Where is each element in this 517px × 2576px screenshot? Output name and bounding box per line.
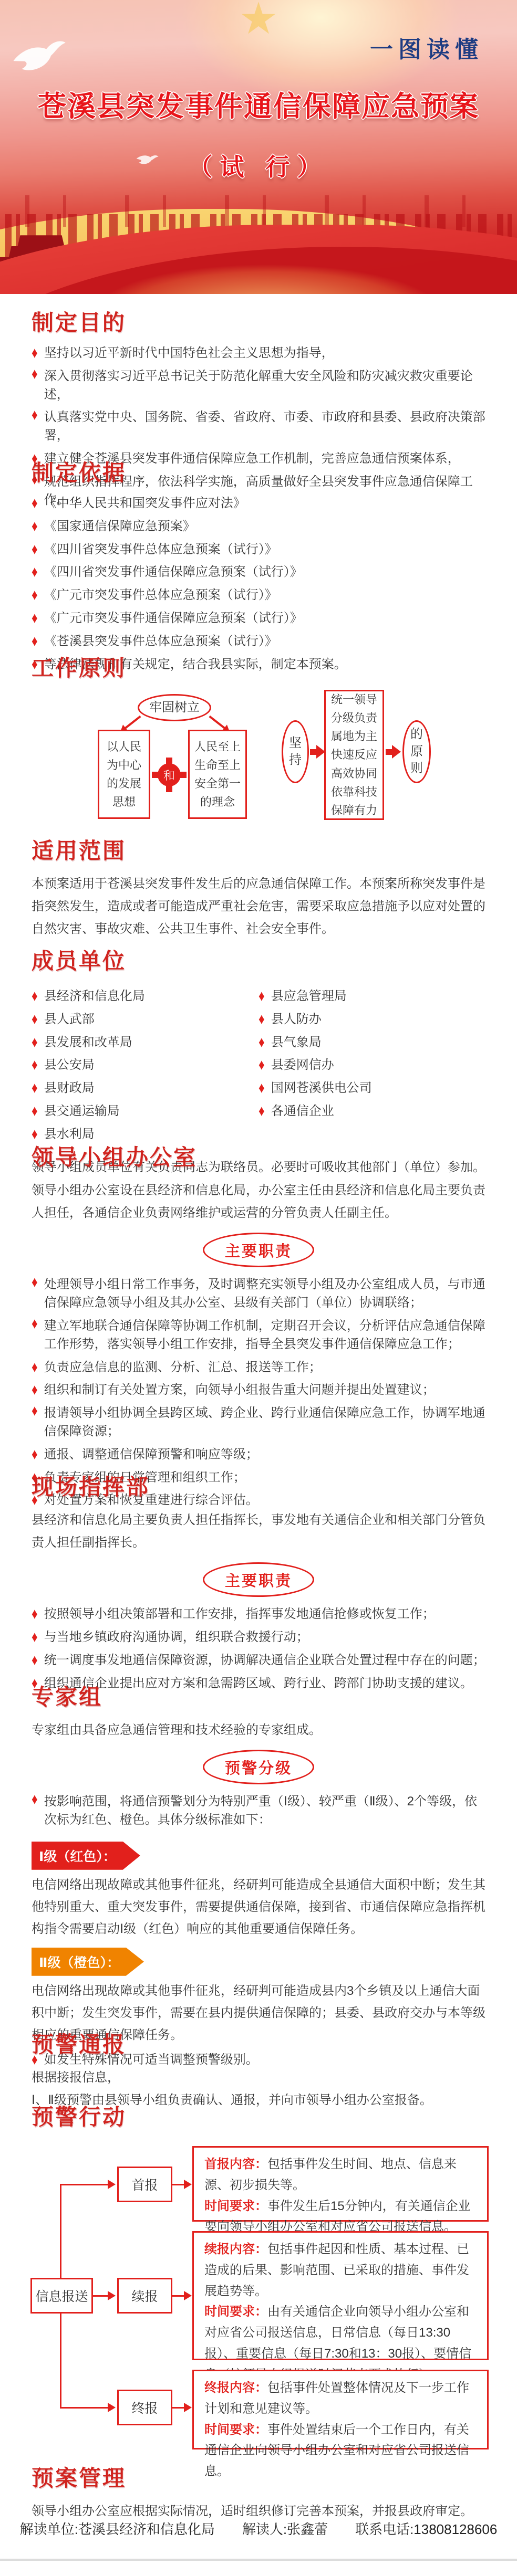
level-tag: Ⅰ级（红色）： xyxy=(32,1842,140,1870)
main-duties-badge: 主要职责 xyxy=(203,1562,314,1597)
diamond-bullet-icon: ♦ xyxy=(32,538,38,561)
diagram-box-principle-items: 统一领导 分级负责 属地为主 快速反应 高效协同 依靠科技 保障有力 xyxy=(324,690,384,820)
diamond-bullet-icon: ♦ xyxy=(32,1008,38,1031)
member-item: ♦县公安局 xyxy=(32,1056,258,1075)
content-label: 续报内容： xyxy=(204,2242,267,2256)
diamond-bullet-icon: ♦ xyxy=(258,1054,265,1077)
member-name: 县委网信办 xyxy=(271,1056,334,1075)
diamond-bullet-icon: ♦ xyxy=(32,363,38,408)
main-duties-badge: 主要职责 xyxy=(203,1233,314,1267)
diamond-bullet-icon: ♦ xyxy=(32,584,38,607)
diagram-box-people-centered: 以人民 为中心 的发展 思想 xyxy=(98,730,150,819)
member-name: 县经济和信息化局 xyxy=(44,987,145,1006)
continued-report-box: 续报 xyxy=(117,2278,172,2314)
bullet-list: ♦《中华人民共和国突发事件应对法》 ♦《国家通信保障应急预案》 ♦《四川省突发事… xyxy=(32,495,485,674)
section-management: 预案管理 领导小组办公室应根据实际情况，适时组织修订完善本预案，并报县政府审定。 xyxy=(32,2461,485,2522)
experts-paragraph: 专家组由具备应急通信管理和技术经验的专家组成。 xyxy=(32,1719,485,1741)
time-label: 时间要求： xyxy=(204,2305,267,2319)
bullet-text: 《广元市突发事件通信保障应急预案（试行）》 xyxy=(44,609,303,628)
bullet-item: ♦认真落实党中央、国务院、省委、省政府、市委、市政府和县委、县政府决策部署， xyxy=(32,408,485,445)
member-item: ♦县委网信办 xyxy=(258,1056,485,1075)
diamond-bullet-icon: ♦ xyxy=(32,1788,38,1834)
level-tag: Ⅱ级（橙色）： xyxy=(32,1948,144,1976)
bullet-text: 《中华人民共和国突发事件应对法》 xyxy=(44,495,246,513)
member-item: ♦县财政局 xyxy=(32,1079,258,1098)
duty-item: ♦与当地乡镇政府沟通协调，组织联合救援行动； xyxy=(32,1628,485,1647)
connector-line xyxy=(172,2407,185,2409)
diamond-bullet-icon: ♦ xyxy=(32,1054,38,1077)
diamond-bullet-icon: ♦ xyxy=(32,1626,38,1649)
member-name: 县气象局 xyxy=(271,1034,322,1052)
diamond-bullet-icon: ♦ xyxy=(32,492,38,515)
bullet-item: ♦《广元市突发事件总体应急预案（试行）》 xyxy=(32,586,485,605)
connector-line xyxy=(172,2184,185,2185)
section-title: 预警通报 xyxy=(32,2027,485,2059)
dove-icon xyxy=(9,37,71,81)
diamond-bullet-icon: ♦ xyxy=(32,515,38,538)
warning-grading-badge: 预警分级 xyxy=(203,1750,314,1784)
time-label: 时间要求： xyxy=(204,2423,267,2437)
connector-line xyxy=(172,2295,185,2297)
principles-diagram: 牢固树立 以人民 为中心 的发展 思想 和 人民至上 生命至上 安全第一 的理念… xyxy=(32,690,485,826)
section-title: 领导小组办公室 xyxy=(32,1140,485,1172)
poster-subtitle: （试 行） xyxy=(0,148,517,183)
diagram-ellipse-establish: 牢固树立 xyxy=(138,694,211,721)
diamond-bullet-icon: ♦ xyxy=(32,1603,38,1626)
diamond-bullet-icon: ♦ xyxy=(32,1443,38,1466)
diamond-bullet-icon: ♦ xyxy=(258,1100,265,1123)
duty-item: ♦报请领导小组协调全县跨区域、跨企业、跨行业通信保障应急工作，协调军地通信保障资… xyxy=(32,1404,485,1441)
footer-credit: 解读单位:苍溪县经济和信息化局 解读人:张鑫蕾 联系电话:13808128606 xyxy=(0,2519,517,2538)
diagram-ellipse-the-principle: 的 原 则 xyxy=(402,720,431,783)
arrow-down-right-icon xyxy=(209,716,228,731)
connector-line xyxy=(60,2407,108,2409)
diamond-bullet-icon: ♦ xyxy=(32,342,38,365)
members-grid: ♦县经济和信息化局 ♦县人武部 ♦县发展和改革局 ♦县公安局 ♦县财政局 ♦县交… xyxy=(32,983,485,1149)
duty-text: 报请领导小组协调全县跨区域、跨企业、跨行业通信保障应急工作，协调军地通信保障资源… xyxy=(44,1404,485,1441)
content-label: 终报内容： xyxy=(204,2381,267,2395)
scope-paragraph: 本预案适用于苍溪县突发事件发生后的应急通信保障工作。本预案所称突发事件是指突然发… xyxy=(32,872,485,941)
diamond-bullet-icon: ♦ xyxy=(32,1400,38,1445)
member-name: 县发展和改革局 xyxy=(44,1034,132,1052)
diamond-bullet-icon: ♦ xyxy=(32,1649,38,1672)
section-principles: 工作原则 牢固树立 以人民 为中心 的发展 思想 和 人民至上 生命至上 安全第… xyxy=(32,651,485,826)
section-notify: 预警通报 根据接报信息， Ⅰ、Ⅱ级预警由县领导小组负责确认、通报，并向市领导小组… xyxy=(32,2027,485,2111)
duty-item: ♦处理领导小组日常工作事务，及时调整充实领导小组及办公室组成人员，与市通信保障应… xyxy=(32,1276,485,1312)
read-in-one-image-badge: 一图读懂 xyxy=(370,30,483,64)
content-label: 首报内容： xyxy=(204,2157,267,2171)
grading-level: Ⅰ级（红色）： 电信网络出现故障或其他事件征兆，经研判可能造成全县通信大面积中断… xyxy=(32,1834,485,1940)
poster-title: 苍溪县突发事件通信保障应急预案 xyxy=(0,84,517,124)
bullet-text: 《苍溪县突发事件总体应急预案（试行）》 xyxy=(44,633,277,651)
bullet-item: ♦《国家通信保障应急预案》 xyxy=(32,518,485,536)
duty-text: 与当地乡镇政府沟通协调，组织联合救援行动； xyxy=(44,1628,309,1647)
diamond-bullet-icon: ♦ xyxy=(32,1031,38,1054)
section-action: 预警行动 信息报送 首报 续报 终报 首报内容：包括事件发生时间、地点、信 xyxy=(0,2100,517,2454)
time-label: 时间要求： xyxy=(204,2199,267,2213)
member-item: ♦各通信企业 xyxy=(258,1102,485,1121)
diamond-bullet-icon: ♦ xyxy=(32,1077,38,1100)
first-report-box: 首报 xyxy=(117,2167,172,2202)
member-name: 县人防办 xyxy=(271,1011,322,1029)
grading-levels: Ⅰ级（红色）： 电信网络出现故障或其他事件征兆，经研判可能造成全县通信大面积中断… xyxy=(32,1834,485,2046)
diamond-bullet-icon: ♦ xyxy=(32,630,38,653)
notify-line: 根据接报信息， xyxy=(32,2066,485,2089)
diamond-bullet-icon: ♦ xyxy=(32,404,38,450)
duty-text: 建立军地联合通信保障等协调工作机制，定期召开会议，分析评估应急通信保障工作形势，… xyxy=(44,1317,485,1354)
member-name: 县应急管理局 xyxy=(271,987,347,1006)
duty-text: 组织和制订有关处置方案，向领导小组报告重大问题并提出处置建议； xyxy=(44,1381,435,1400)
continued-report-detail: 续报内容：包括事件起因和性质、基本过程、已造成的后果、影响范围、已采取的措施、事… xyxy=(192,2231,489,2360)
connector-line xyxy=(60,2184,108,2185)
duty-text: 统一调度事发地通信保障资源，协调解决通信企业联合处置过程中存在的问题； xyxy=(44,1652,485,1670)
member-item: ♦县人武部 xyxy=(32,1011,258,1029)
diamond-bullet-icon: ♦ xyxy=(32,1312,38,1358)
final-report-detail: 终报内容：包括事件处置整体情况及下一步工作计划和意见建议等。 时间要求：事件处置… xyxy=(192,2370,489,2449)
bullet-item: ♦深入贯彻落实习近平总书记关于防范化解重大安全风险和防灾减灾救灾重要论述， xyxy=(32,367,485,404)
members-left-column: ♦县经济和信息化局 ♦县人武部 ♦县发展和改革局 ♦县公安局 ♦县财政局 ♦县交… xyxy=(32,983,258,1149)
member-name: 各通信企业 xyxy=(271,1102,334,1121)
duty-text: 负责应急信息的监测、分析、汇总、报送等工作； xyxy=(44,1359,322,1377)
member-item: ♦县气象局 xyxy=(258,1034,485,1052)
bullet-item: ♦《苍溪县突发事件总体应急预案（试行）》 xyxy=(32,633,485,651)
info-reporting-box: 信息报送 xyxy=(30,2278,93,2314)
member-item: ♦县发展和改革局 xyxy=(32,1034,258,1052)
star-icon: ★ xyxy=(239,0,278,44)
connector-line xyxy=(93,2295,109,2297)
section-scope: 适用范围 本预案适用于苍溪县突发事件发生后的应急通信保障工作。本预案所称突发事件… xyxy=(32,834,485,941)
section-experts: 专家组 专家组由具备应急通信管理和技术经验的专家组成。 预警分级 ♦按影响范围，… xyxy=(32,1680,485,2074)
grading-intro-bullet: ♦按影响范围，将通信预警划分为特别严重（Ⅰ级）、较严重（Ⅱ级）、2个等级，依次标… xyxy=(32,1793,485,1830)
bullet-item: ♦《四川省突发事件总体应急预案（试行）》 xyxy=(32,541,485,559)
diamond-bullet-icon: ♦ xyxy=(32,1379,38,1402)
bullet-item: ♦坚持以习近平新时代中国特色社会主义思想为指导， xyxy=(32,344,485,363)
duty-text: 按照领导小组决策部署和工作安排，指挥事发地通信抢修或恢复工作； xyxy=(44,1605,435,1624)
section-basis: 制定依据 ♦《中华人民共和国突发事件应对法》 ♦《国家通信保障应急预案》 ♦《四… xyxy=(32,456,485,678)
diamond-bullet-icon: ♦ xyxy=(258,1008,265,1031)
first-report-detail: 首报内容：包括事件发生时间、地点、信息来源、初步损失等。 时间要求：事件发生后1… xyxy=(192,2146,489,2222)
bullet-text: 深入贯彻落实习近平总书记关于防范化解重大安全风险和防灾减灾救灾重要论述， xyxy=(44,367,485,404)
diagram-ellipse-uphold: 坚 持 xyxy=(282,720,309,783)
bullet-text: 认真落实党中央、国务院、省委、省政府、市委、市政府和县委、县政府决策部署， xyxy=(44,408,485,445)
bullet-item: ♦《中华人民共和国突发事件应对法》 xyxy=(32,495,485,513)
member-item: ♦国网苍溪供电公司 xyxy=(258,1079,485,1098)
member-name: 县交通运输局 xyxy=(44,1102,120,1121)
command-paragraph: 县经济和信息化局主要负责人担任指挥长，事发地有关通信企业和相关部门分管负责人担任… xyxy=(32,1509,485,1554)
member-name: 县财政局 xyxy=(44,1079,95,1098)
office-paragraph: 领导小组办公室设在县经济和信息化局，办公室主任由县经济和信息化局主要负责人担任，… xyxy=(32,1179,485,1224)
member-name: 县公安局 xyxy=(44,1056,95,1075)
bottom-divider xyxy=(0,2559,517,2561)
bullet-item: ♦《四川省突发事件通信保障应急预案（试行）》 xyxy=(32,563,485,582)
member-name: 国网苍溪供电公司 xyxy=(271,1079,372,1098)
header-banner: ★ 一图读懂 苍溪县突发事件通信保障应急预案 （试 行） xyxy=(0,0,517,294)
section-title: 专家组 xyxy=(32,1680,485,1711)
bullet-text: 《广元市突发事件总体应急预案（试行）》 xyxy=(44,586,277,605)
duty-text: 通报、调整通信保障预警和响应等级； xyxy=(44,1446,258,1464)
bullet-text: 《四川省突发事件总体应急预案（试行）》 xyxy=(44,541,277,559)
duty-item: ♦建立军地联合通信保障等协调工作机制，定期召开会议，分析评估应急通信保障工作形势… xyxy=(32,1317,485,1354)
member-name: 县人武部 xyxy=(44,1011,95,1029)
diamond-bullet-icon: ♦ xyxy=(32,561,38,584)
section-title: 预案管理 xyxy=(32,2461,485,2493)
diamond-bullet-icon: ♦ xyxy=(258,1031,265,1054)
section-title: 制定目的 xyxy=(32,306,485,337)
diamond-bullet-icon: ♦ xyxy=(32,607,38,630)
final-report-box: 终报 xyxy=(117,2390,172,2425)
poster-page: ★ 一图读懂 苍溪县突发事件通信保障应急预案 （试 行） 制定目的 ♦坚持以习近… xyxy=(0,0,517,2576)
section-title: 成员单位 xyxy=(32,944,485,975)
section-title: 制定依据 xyxy=(32,456,485,487)
section-title: 预警行动 xyxy=(32,2100,517,2131)
arrow-down-left-icon xyxy=(121,716,141,731)
diamond-bullet-icon: ♦ xyxy=(32,1356,38,1379)
duty-item: ♦通报、调整通信保障预警和响应等级； xyxy=(32,1446,485,1464)
duty-text: 处理领导小组日常工作事务，及时调整充实领导小组及办公室组成人员，与市通信保障应急… xyxy=(44,1276,485,1312)
section-title: 适用范围 xyxy=(32,834,485,865)
bullet-text: 《四川省突发事件通信保障应急预案（试行）》 xyxy=(44,563,303,582)
duty-item: ♦统一调度事发地通信保障资源，协调解决通信企业联合处置过程中存在的问题； xyxy=(32,1652,485,1670)
grading-intro-text: 按影响范围，将通信预警划分为特别严重（Ⅰ级）、较严重（Ⅱ级）、2个等级，依次标为… xyxy=(44,1793,485,1830)
diamond-bullet-icon: ♦ xyxy=(258,985,265,1008)
duty-item: ♦按照领导小组决策部署和工作安排，指挥事发地通信抢修或恢复工作； xyxy=(32,1605,485,1624)
section-title: 工作原则 xyxy=(32,651,485,682)
diamond-bullet-icon: ♦ xyxy=(32,985,38,1008)
members-right-column: ♦县应急管理局 ♦县人防办 ♦县气象局 ♦县委网信办 ♦国网苍溪供电公司 ♦各通… xyxy=(258,983,485,1149)
reporting-flow-diagram: 信息报送 首报 续报 终报 首报内容：包括事件发生时间、地点、信息来源、初步损失… xyxy=(0,2139,517,2454)
bullet-item: ♦《广元市突发事件通信保障应急预案（试行）》 xyxy=(32,609,485,628)
member-item: ♦县人防办 xyxy=(258,1011,485,1029)
level-description: 电信网络出现故障或其他事件征兆，经研判可能造成全县通信大面积中断；发生其他特别重… xyxy=(32,1874,485,1940)
member-item: ♦县经济和信息化局 xyxy=(32,987,258,1006)
duty-item: ♦负责应急信息的监测、分析、汇总、报送等工作； xyxy=(32,1359,485,1377)
section-title: 现场指挥部 xyxy=(32,1470,485,1501)
and-connector: 和 xyxy=(158,763,181,786)
duty-item: ♦组织和制订有关处置方案，向领导小组报告重大问题并提出处置建议； xyxy=(32,1381,485,1400)
diagram-box-life-first: 人民至上 生命至上 安全第一 的理念 xyxy=(188,730,247,819)
diamond-bullet-icon: ♦ xyxy=(258,1077,265,1100)
diamond-bullet-icon: ♦ xyxy=(32,1271,38,1317)
member-item: ♦县交通运输局 xyxy=(32,1102,258,1121)
bullet-text: 坚持以习近平新时代中国特色社会主义思想为指导， xyxy=(44,344,334,363)
section-command: 现场指挥部 县经济和信息化局主要负责人担任指挥长，事发地有关通信企业和相关部门分… xyxy=(32,1470,485,1698)
section-office: 领导小组办公室 领导小组办公室设在县经济和信息化局，办公室主任由县经济和信息化局… xyxy=(32,1140,485,1515)
member-item: ♦县应急管理局 xyxy=(258,987,485,1006)
bullet-text: 《国家通信保障应急预案》 xyxy=(44,518,195,536)
diamond-bullet-icon: ♦ xyxy=(32,1100,38,1123)
